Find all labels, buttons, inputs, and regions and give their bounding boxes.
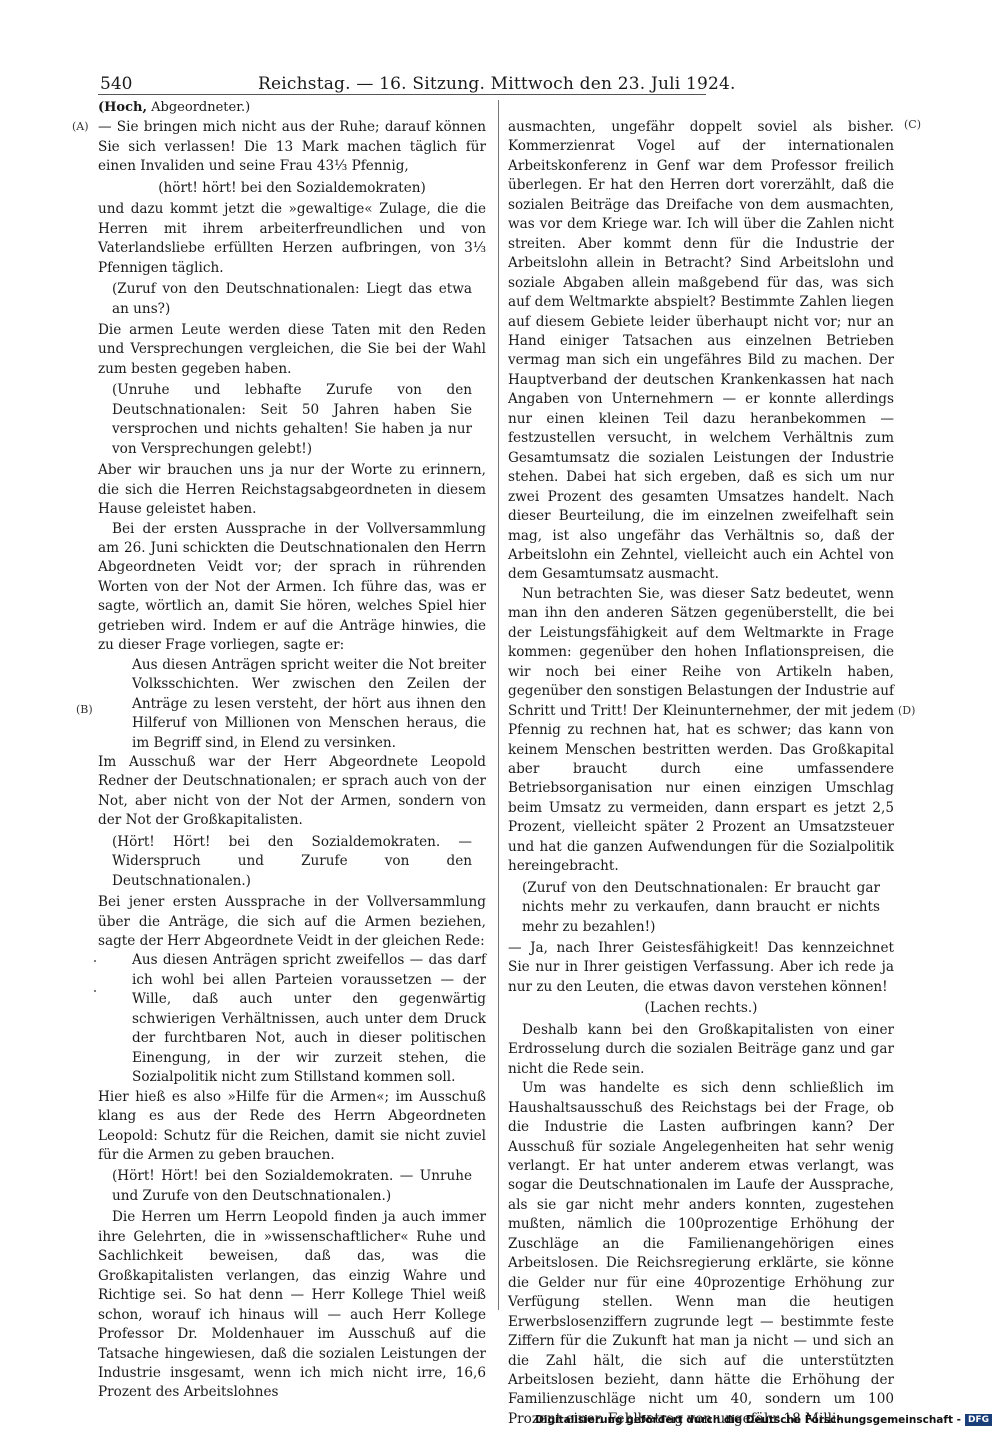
margin-marker-d: (D) xyxy=(898,704,915,717)
paragraph: Deshalb kann bei den Großkapitalisten vo… xyxy=(508,1021,894,1079)
margin-marker-b: (B) xyxy=(76,703,93,716)
speaker-line: (Hoch, Abgeordneter.) xyxy=(98,98,486,117)
quotation: Aus diesen Anträgen spricht weiter die N… xyxy=(132,656,486,753)
paragraph: Um was handelte es sich denn schließlich… xyxy=(508,1079,894,1429)
paragraph: ausmachten, ungefähr doppelt soviel als … xyxy=(508,118,894,585)
paragraph: Die armen Leute werden diese Taten mit d… xyxy=(98,321,486,379)
paragraph: Hier hieß es also »Hilfe für die Armen«;… xyxy=(98,1088,486,1166)
scan-speck xyxy=(130,1335,132,1337)
margin-marker-c: (C) xyxy=(904,118,921,131)
paragraph: — Ja, nach Ihrer Geistesfähigkeit! Das k… xyxy=(508,939,894,997)
paragraph: Die Herren um Herrn Leopold finden ja au… xyxy=(98,1208,486,1403)
right-column: ausmachten, ungefähr doppelt soviel als … xyxy=(508,118,894,1429)
paragraph: und dazu kommt jetzt die »gewaltige« Zul… xyxy=(98,200,486,278)
interjection: (hört! hört! bei den Sozialdemokraten) xyxy=(98,179,486,198)
interjection: (Hört! Hört! bei den Sozialdemokraten. —… xyxy=(112,833,472,891)
running-title: Reichstag. — 16. Sitzung. Mittwoch den 2… xyxy=(258,74,736,94)
footer-credit-text: Digitalisierung gefördert durch die Deut… xyxy=(535,1414,961,1426)
left-column: (Hoch, Abgeordneter.) — Sie bringen mich… xyxy=(98,98,486,1403)
dfg-logo: DFG xyxy=(965,1414,992,1426)
footer-credit: Digitalisierung gefördert durch die Deut… xyxy=(535,1414,992,1426)
margin-marker-a: (A) xyxy=(72,120,89,133)
paragraph: Nun betrachten Sie, was dieser Satz bede… xyxy=(508,585,894,877)
interjection: (Unruhe und lebhafte Zurufe von den Deut… xyxy=(112,381,472,459)
page-number: 540 xyxy=(100,74,132,94)
paragraph: Bei jener ersten Aussprache in der Vollv… xyxy=(98,893,486,951)
interjection: (Zuruf von den Deutschnationalen: Er bra… xyxy=(522,879,880,937)
speaker-role: Abgeordneter.) xyxy=(151,100,250,115)
interjection: (Zuruf von den Deutschnationalen: Liegt … xyxy=(112,280,472,319)
paragraph: — Sie bringen mich nicht aus der Ruhe; d… xyxy=(98,118,486,176)
paragraph: Aber wir brauchen uns ja nur der Worte z… xyxy=(98,461,486,519)
interjection: (Lachen rechts.) xyxy=(508,999,894,1018)
column-divider xyxy=(498,100,499,1310)
interjection: (Hört! Hört! bei den Sozialdemokraten. —… xyxy=(112,1167,472,1206)
speaker-name: (Hoch, xyxy=(98,100,147,115)
paragraph: Im Ausschuß war der Herr Abgeordnete Leo… xyxy=(98,753,486,831)
page-header: 540 Reichstag. — 16. Sitzung. Mittwoch d… xyxy=(98,72,706,95)
scan-speck xyxy=(94,960,96,962)
scan-speck xyxy=(94,990,96,992)
quotation: Aus diesen Anträgen spricht zweifellos —… xyxy=(132,951,486,1087)
paragraph: Bei der ersten Aussprache in der Vollver… xyxy=(98,520,486,656)
